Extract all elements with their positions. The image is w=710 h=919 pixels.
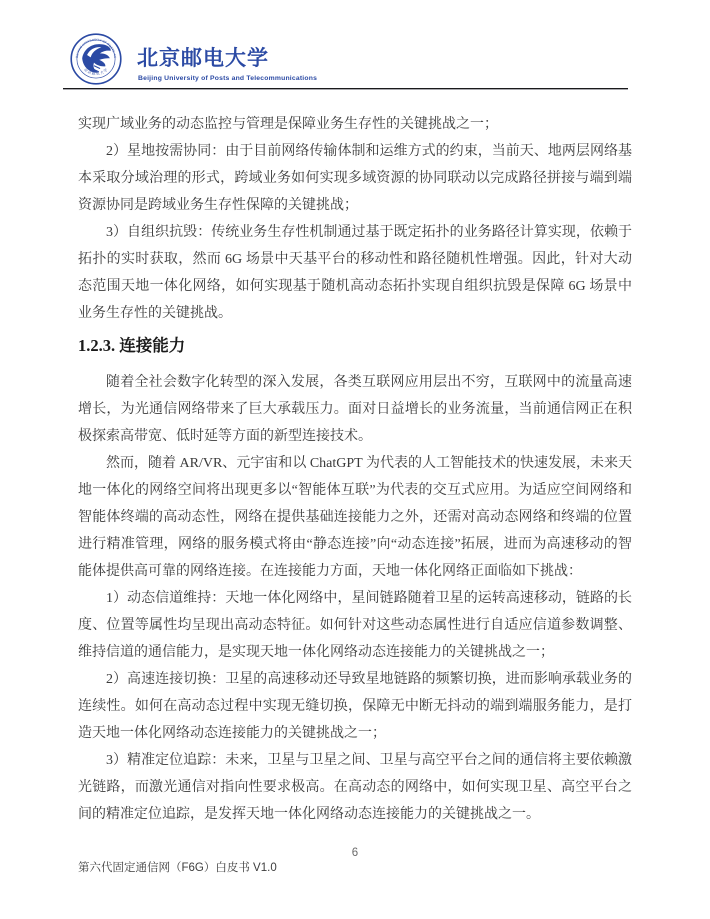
university-emblem-icon: BEIJING UNIVERSITY OF POSTS AND TELECOMM… xyxy=(70,33,122,85)
body-paragraph: 3）精准定位追踪：未来，卫星与卫星之间、卫星与高空平台之间的通信将主要依赖激光链… xyxy=(78,747,632,828)
header-rule xyxy=(63,88,628,90)
body-paragraph: 2）高速连接切换：卫星的高速移动还导致星地链路的频繁切换，进而影响承载业务的连续… xyxy=(78,666,632,747)
body-paragraph: 实现广域业务的动态监控与管理是保障业务生存性的关键挑战之一； xyxy=(78,111,632,138)
body-paragraph: 3）自组织抗毁：传统业务生存性机制通过基于既定拓扑的业务路径计算实现，依赖于拓扑… xyxy=(78,219,632,327)
footer-doc-title: 第六代固定通信网（F6G）白皮书 V1.0 xyxy=(78,859,277,875)
page-number: 6 xyxy=(0,847,710,859)
document-body: 实现广域业务的动态监控与管理是保障业务生存性的关键挑战之一； 2）星地按需协同：… xyxy=(78,111,632,828)
section-heading: 1.2.3. 连接能力 xyxy=(78,333,632,359)
document-page: BEIJING UNIVERSITY OF POSTS AND TELECOMM… xyxy=(0,0,710,919)
body-paragraph: 2）星地按需协同：由于目前网络传输体制和运维方式的约束，当前天、地两层网络基本采… xyxy=(78,138,632,219)
body-paragraph: 随着全社会数字化转型的深入发展，各类互联网应用层出不穷，互联网中的流量高速增长，… xyxy=(78,369,632,450)
body-paragraph: 1）动态信道维持：天地一体化网络中，星间链路随着卫星的运转高速移动，链路的长度、… xyxy=(78,585,632,666)
university-name-en: Beijing University of Posts and Telecomm… xyxy=(138,75,317,82)
university-name-zh: 北京邮电大学 xyxy=(137,42,269,72)
body-paragraph: 然而，随着 AR/VR、元宇宙和以 ChatGPT 为代表的人工智能技术的快速发… xyxy=(78,450,632,585)
